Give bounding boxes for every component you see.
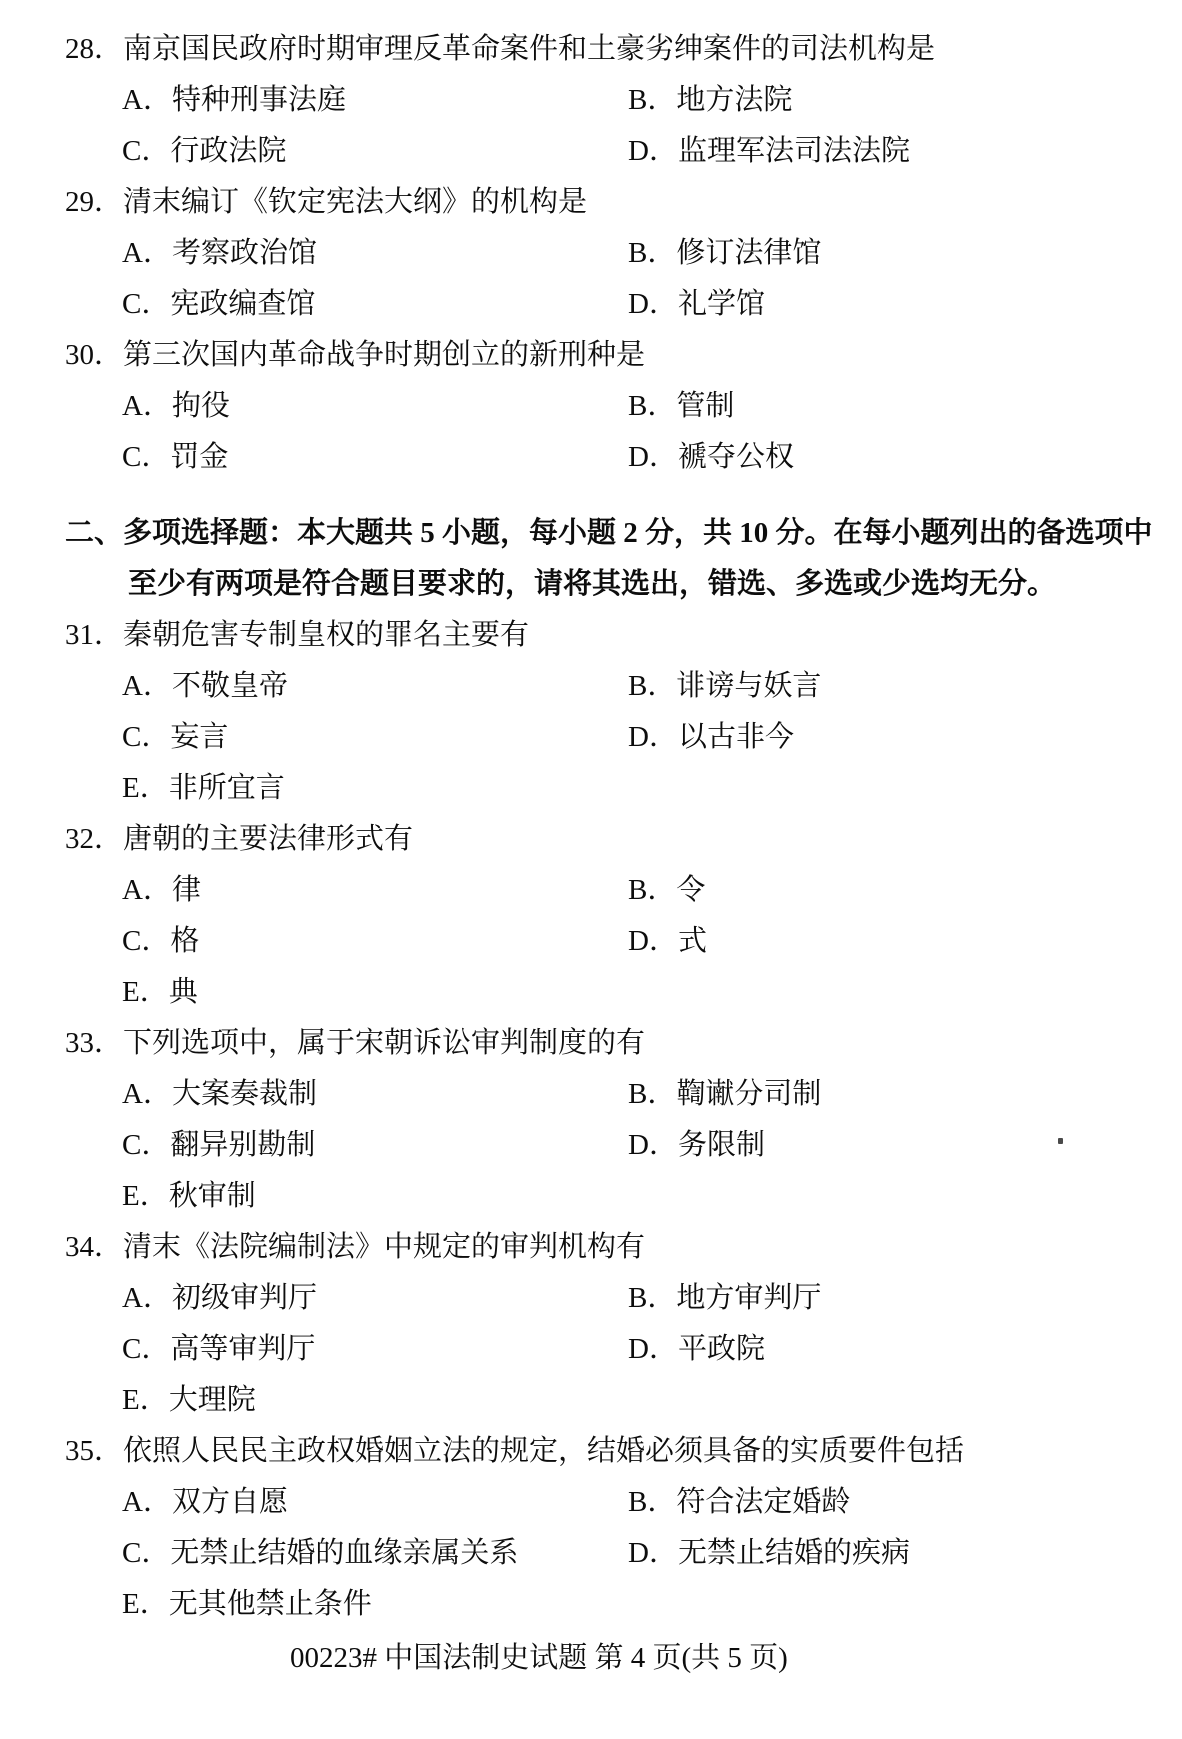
option-28-D: D．监理军法司法法院 — [628, 135, 910, 168]
question-30: 30．第三次国内革命战争时期创立的新刑种是 A．拘役 B．管制 C．罚金 D．褫… — [0, 339, 1182, 474]
option-key: B． — [628, 1078, 676, 1111]
question-32-option-e: E．典 — [0, 976, 1182, 1009]
option-key: D． — [628, 1333, 678, 1366]
question-35: 35．依照人民民主政权婚姻立法的规定，结婚必须具备的实质要件包括 A．双方自愿 … — [0, 1435, 1182, 1621]
exam-page: 28．南京国民政府时期审理反革命案件和土豪劣绅案件的司法机构是 A．特种刑事法庭… — [0, 0, 1182, 1675]
option-key: D． — [628, 441, 678, 474]
option-text: 妄言 — [170, 721, 228, 754]
option-key: D． — [628, 135, 678, 168]
option-text: 礼学馆 — [678, 288, 765, 321]
option-key: A． — [122, 1486, 172, 1519]
section-heading: 二、多项选择题：本大题共 5 小题，每小题 2 分，共 10 分。在每小题列出的… — [0, 517, 1182, 550]
option-key: E． — [122, 1384, 169, 1417]
option-key: B． — [628, 874, 676, 907]
option-29-A: A．考察政治馆 — [122, 237, 628, 270]
option-key: A． — [122, 237, 172, 270]
option-key: B． — [628, 84, 676, 117]
question-34-option-e: E．大理院 — [0, 1384, 1182, 1417]
question-29-stem-row: 29．清末编订《钦定宪法大纲》的机构是 — [0, 186, 1182, 219]
question-32-stem: 唐朝的主要法律形式有 — [123, 823, 413, 855]
question-30-options-ab: A．拘役 B．管制 — [0, 390, 1182, 423]
question-35-stem: 依照人民民主政权婚姻立法的规定，结婚必须具备的实质要件包括 — [123, 1435, 964, 1467]
option-text: 宪政编查馆 — [170, 288, 315, 321]
option-29-D: D．礼学馆 — [628, 288, 765, 321]
option-34-E: E．大理院 — [122, 1384, 628, 1417]
question-29-options-ab: A．考察政治馆 B．修订法律馆 — [0, 237, 1182, 270]
option-key: E． — [122, 1588, 169, 1621]
option-text: 务限制 — [678, 1129, 765, 1162]
option-key: C． — [122, 441, 170, 474]
option-text: 罚金 — [170, 441, 228, 474]
option-35-C: C．无禁止结婚的血缘亲属关系 — [122, 1537, 628, 1570]
option-text: 行政法院 — [170, 135, 286, 168]
option-text: 大案奏裁制 — [172, 1078, 317, 1111]
option-key: D． — [628, 925, 678, 958]
question-33-options-ab: A．大案奏裁制 B．鞫谳分司制 — [0, 1078, 1182, 1111]
option-34-B: B．地方审判厅 — [628, 1282, 821, 1315]
question-30-options-cd: C．罚金 D．褫夺公权 — [0, 441, 1182, 474]
option-text: 拘役 — [172, 390, 230, 423]
option-text: 诽谤与妖言 — [676, 670, 821, 703]
question-35-options-cd: C．无禁止结婚的血缘亲属关系 D．无禁止结婚的疾病 — [0, 1537, 1182, 1570]
option-text: 无禁止结婚的血缘亲属关系 — [170, 1537, 518, 1570]
scan-artifact-dot — [1058, 1138, 1063, 1144]
question-32-number: 32． — [65, 823, 123, 855]
option-text: 监理军法司法法院 — [678, 135, 910, 168]
option-key: B． — [628, 237, 676, 270]
option-34-C: C．高等审判厅 — [122, 1333, 628, 1366]
question-34-stem: 清末《法院编制法》中规定的审判机构有 — [123, 1231, 645, 1263]
option-text: 律 — [172, 874, 201, 907]
question-33-options-cd: C．翻异别勘制 D．务限制 — [0, 1129, 1182, 1162]
option-35-B: B．符合法定婚龄 — [628, 1486, 850, 1519]
option-35-A: A．双方自愿 — [122, 1486, 628, 1519]
option-key: A． — [122, 1078, 172, 1111]
option-28-C: C．行政法院 — [122, 135, 628, 168]
option-33-B: B．鞫谳分司制 — [628, 1078, 821, 1111]
option-key: E． — [122, 1180, 169, 1213]
option-key: C． — [122, 1333, 170, 1366]
option-31-E: E．非所宜言 — [122, 772, 628, 805]
question-32-options-cd: C．格 D．式 — [0, 925, 1182, 958]
question-30-number: 30． — [65, 339, 123, 371]
option-text: 初级审判厅 — [172, 1282, 317, 1315]
question-34-stem-row: 34．清末《法院编制法》中规定的审判机构有 — [0, 1231, 1182, 1264]
question-31-options-ab: A．不敬皇帝 B．诽谤与妖言 — [0, 670, 1182, 703]
option-33-C: C．翻异别勘制 — [122, 1129, 628, 1162]
option-31-C: C．妄言 — [122, 721, 628, 754]
option-29-B: B．修订法律馆 — [628, 237, 821, 270]
option-text: 平政院 — [678, 1333, 765, 1366]
question-31-stem: 秦朝危害专制皇权的罪名主要有 — [123, 619, 529, 651]
option-key: B． — [628, 1486, 676, 1519]
option-34-D: D．平政院 — [628, 1333, 765, 1366]
option-31-A: A．不敬皇帝 — [122, 670, 628, 703]
option-text: 秋审制 — [169, 1180, 256, 1213]
option-text: 高等审判厅 — [170, 1333, 315, 1366]
option-text: 符合法定婚龄 — [676, 1486, 850, 1519]
section-label: 二、 — [65, 517, 123, 549]
option-key: D． — [628, 288, 678, 321]
option-30-B: B．管制 — [628, 390, 734, 423]
question-29: 29．清末编订《钦定宪法大纲》的机构是 A．考察政治馆 B．修订法律馆 C．宪政… — [0, 186, 1182, 321]
option-key: A． — [122, 874, 172, 907]
option-32-A: A．律 — [122, 874, 628, 907]
section-heading-line1: 多项选择题：本大题共 5 小题，每小题 2 分，共 10 分。在每小题列出的备选… — [123, 517, 1153, 549]
question-31-option-e: E．非所宜言 — [0, 772, 1182, 805]
question-32: 32．唐朝的主要法律形式有 A．律 B．令 C．格 D．式 E．典 — [0, 823, 1182, 1009]
question-28-stem: 南京国民政府时期审理反革命案件和土豪劣绅案件的司法机构是 — [123, 33, 935, 65]
option-key: B． — [628, 390, 676, 423]
question-28-options-cd: C．行政法院 D．监理军法司法法院 — [0, 135, 1182, 168]
option-text: 式 — [678, 925, 707, 958]
section-heading-line2: 至少有两项是符合题目要求的，请将其选出，错选、多选或少选均无分。 — [0, 568, 1182, 601]
option-key: E． — [122, 772, 169, 805]
option-32-B: B．令 — [628, 874, 705, 907]
question-30-stem-row: 30．第三次国内革命战争时期创立的新刑种是 — [0, 339, 1182, 372]
option-text: 地方法院 — [676, 84, 792, 117]
question-35-number: 35． — [65, 1435, 123, 1467]
option-text: 不敬皇帝 — [172, 670, 288, 703]
question-31: 31．秦朝危害专制皇权的罪名主要有 A．不敬皇帝 B．诽谤与妖言 C．妄言 D．… — [0, 619, 1182, 805]
option-text: 鞫谳分司制 — [676, 1078, 821, 1111]
option-key: D． — [628, 721, 678, 754]
option-key: C． — [122, 288, 170, 321]
question-28: 28．南京国民政府时期审理反革命案件和土豪劣绅案件的司法机构是 A．特种刑事法庭… — [0, 33, 1182, 168]
option-29-C: C．宪政编查馆 — [122, 288, 628, 321]
option-35-D: D．无禁止结婚的疾病 — [628, 1537, 910, 1570]
question-34-options-cd: C．高等审判厅 D．平政院 — [0, 1333, 1182, 1366]
option-text: 管制 — [676, 390, 734, 423]
option-32-D: D．式 — [628, 925, 707, 958]
question-34-options-ab: A．初级审判厅 B．地方审判厅 — [0, 1282, 1182, 1315]
option-text: 令 — [676, 874, 705, 907]
question-28-number: 28． — [65, 33, 123, 65]
option-key: C． — [122, 721, 170, 754]
question-28-stem-row: 28．南京国民政府时期审理反革命案件和土豪劣绅案件的司法机构是 — [0, 33, 1182, 66]
option-key: C． — [122, 1537, 170, 1570]
question-29-number: 29． — [65, 186, 123, 218]
option-30-D: D．褫夺公权 — [628, 441, 794, 474]
question-35-option-e: E．无其他禁止条件 — [0, 1588, 1182, 1621]
option-text: 双方自愿 — [172, 1486, 288, 1519]
option-text: 格 — [170, 925, 199, 958]
option-33-D: D．务限制 — [628, 1129, 765, 1162]
option-text: 无禁止结婚的疾病 — [678, 1537, 910, 1570]
question-33: 33．下列选项中，属于宋朝诉讼审判制度的有 A．大案奏裁制 B．鞫谳分司制 C．… — [0, 1027, 1182, 1213]
option-key: C． — [122, 1129, 170, 1162]
option-key: B． — [628, 670, 676, 703]
option-key: C． — [122, 925, 170, 958]
question-35-options-ab: A．双方自愿 B．符合法定婚龄 — [0, 1486, 1182, 1519]
option-text: 修订法律馆 — [676, 237, 821, 270]
option-key: C． — [122, 135, 170, 168]
question-33-option-e: E．秋审制 — [0, 1180, 1182, 1213]
option-text: 翻异别勘制 — [170, 1129, 315, 1162]
option-text: 非所宜言 — [169, 772, 285, 805]
option-text: 典 — [169, 976, 198, 1009]
question-34: 34．清末《法院编制法》中规定的审判机构有 A．初级审判厅 B．地方审判厅 C．… — [0, 1231, 1182, 1417]
option-text: 地方审判厅 — [676, 1282, 821, 1315]
option-33-A: A．大案奏裁制 — [122, 1078, 628, 1111]
option-text: 特种刑事法庭 — [172, 84, 346, 117]
option-text: 大理院 — [169, 1384, 256, 1417]
question-35-stem-row: 35．依照人民民主政权婚姻立法的规定，结婚必须具备的实质要件包括 — [0, 1435, 1182, 1468]
option-32-E: E．典 — [122, 976, 628, 1009]
option-28-A: A．特种刑事法庭 — [122, 84, 628, 117]
question-30-stem: 第三次国内革命战争时期创立的新刑种是 — [123, 339, 645, 371]
question-31-options-cd: C．妄言 D．以古非今 — [0, 721, 1182, 754]
option-text: 无其他禁止条件 — [169, 1588, 372, 1621]
page-footer: 00223# 中国法制史试题 第 4 页(共 5 页) — [0, 1642, 1182, 1675]
option-30-C: C．罚金 — [122, 441, 628, 474]
option-35-E: E．无其他禁止条件 — [122, 1588, 628, 1621]
option-key: A． — [122, 84, 172, 117]
option-33-E: E．秋审制 — [122, 1180, 628, 1213]
option-31-D: D．以古非今 — [628, 721, 794, 754]
option-key: D． — [628, 1129, 678, 1162]
question-33-number: 33． — [65, 1027, 123, 1059]
question-28-options-ab: A．特种刑事法庭 B．地方法院 — [0, 84, 1182, 117]
option-32-C: C．格 — [122, 925, 628, 958]
question-32-options-ab: A．律 B．令 — [0, 874, 1182, 907]
option-34-A: A．初级审判厅 — [122, 1282, 628, 1315]
question-33-stem-row: 33．下列选项中，属于宋朝诉讼审判制度的有 — [0, 1027, 1182, 1060]
option-key: A． — [122, 390, 172, 423]
option-28-B: B．地方法院 — [628, 84, 792, 117]
question-29-options-cd: C．宪政编查馆 D．礼学馆 — [0, 288, 1182, 321]
option-key: E． — [122, 976, 169, 1009]
option-key: A． — [122, 670, 172, 703]
question-34-number: 34． — [65, 1231, 123, 1263]
question-31-number: 31． — [65, 619, 123, 651]
option-key: D． — [628, 1537, 678, 1570]
option-text: 褫夺公权 — [678, 441, 794, 474]
option-text: 考察政治馆 — [172, 237, 317, 270]
option-text: 以古非今 — [678, 721, 794, 754]
option-key: A． — [122, 1282, 172, 1315]
option-key: B． — [628, 1282, 676, 1315]
option-31-B: B．诽谤与妖言 — [628, 670, 821, 703]
question-29-stem: 清末编订《钦定宪法大纲》的机构是 — [123, 186, 587, 218]
question-31-stem-row: 31．秦朝危害专制皇权的罪名主要有 — [0, 619, 1182, 652]
option-30-A: A．拘役 — [122, 390, 628, 423]
question-33-stem: 下列选项中，属于宋朝诉讼审判制度的有 — [123, 1027, 645, 1059]
question-32-stem-row: 32．唐朝的主要法律形式有 — [0, 823, 1182, 856]
